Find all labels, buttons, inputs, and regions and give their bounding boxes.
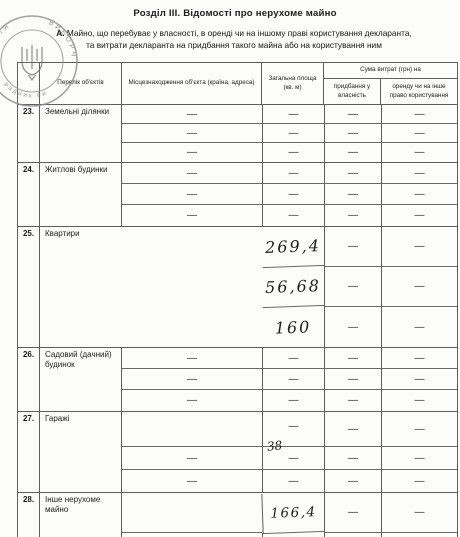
cell-purchase: — bbox=[324, 369, 381, 390]
table-row-28: 28. Інше нерухоме майно 166,4 — — bbox=[17, 493, 458, 537]
cell-location: — bbox=[122, 143, 262, 162]
cell-rent: — bbox=[381, 447, 457, 470]
cell-rent: — bbox=[381, 412, 457, 447]
svg-text:КОМІСІЯ: КОМІСІЯ bbox=[0, 22, 12, 67]
table-row-27: 27. Гаражі — 38 — — — — — — — — — — bbox=[17, 412, 458, 493]
cell-area: — bbox=[262, 390, 324, 411]
cell-location: — bbox=[122, 124, 262, 143]
cell-rent: — bbox=[381, 124, 457, 143]
row-number: 24. bbox=[18, 163, 40, 226]
cell-area: — bbox=[262, 105, 324, 124]
cell-rent: — bbox=[381, 205, 457, 226]
cell-area: — bbox=[262, 470, 324, 492]
cell-purchase: — bbox=[324, 143, 381, 162]
cell-area bbox=[262, 533, 324, 537]
cell-area-handwritten: 166,4 bbox=[261, 492, 324, 534]
table-row-25: 25. Квартири 269,4 — — 56,68 — — 160 — — bbox=[17, 227, 458, 348]
cell-purchase: — bbox=[324, 493, 381, 533]
cell-location: — bbox=[122, 105, 262, 124]
cell-area: — 38 bbox=[262, 412, 324, 447]
header-number-cell bbox=[18, 63, 40, 104]
cell-rent: — bbox=[381, 105, 457, 124]
cell-location bbox=[122, 227, 262, 267]
cell-purchase: — bbox=[324, 124, 381, 143]
row-label: Гаражі bbox=[40, 412, 122, 492]
cell-rent: — bbox=[381, 493, 457, 533]
cell-rent: — bbox=[381, 227, 457, 267]
row-label: Земельні ділянки bbox=[40, 105, 122, 162]
cell-rent: — bbox=[381, 184, 457, 205]
cell-purchase: — bbox=[324, 412, 381, 447]
cell-area: — bbox=[262, 369, 324, 390]
header-location: Місцезнаходження об'єкта (країна, адреса… bbox=[122, 63, 262, 104]
cell-area: — bbox=[262, 184, 324, 205]
cell-rent: — bbox=[381, 470, 457, 492]
cell-location: — bbox=[122, 163, 262, 184]
row-number: 28. bbox=[18, 493, 40, 537]
area-dash: — bbox=[289, 421, 299, 432]
cell-rent: — bbox=[381, 307, 457, 347]
cell-area: — bbox=[262, 205, 324, 226]
row-number: 23. bbox=[18, 105, 40, 162]
property-table: Перелік об'єктів Місцезнаходження об'єкт… bbox=[17, 62, 458, 537]
cell-rent: — bbox=[381, 163, 457, 184]
row-label: Квартири bbox=[40, 227, 122, 347]
cell-rent: — bbox=[381, 267, 457, 307]
row-label: Інше нерухоме майно bbox=[40, 493, 122, 537]
cell-location bbox=[122, 412, 262, 447]
cell-purchase: — bbox=[324, 163, 381, 184]
table-row-26: 26. Садовий (дачний) будинок — — — — — —… bbox=[17, 348, 458, 412]
section-title: Розділ III. Відомості про нерухоме майно bbox=[20, 8, 450, 19]
cell-purchase bbox=[324, 533, 381, 537]
cell-location: — bbox=[122, 447, 262, 470]
cell-location: — bbox=[122, 205, 262, 226]
cell-location bbox=[122, 267, 262, 307]
cell-purchase: — bbox=[324, 205, 381, 226]
header-rent: оренду чи на інше право користування bbox=[381, 79, 457, 104]
subtitle-line2: та витрати декларанта на придбання таког… bbox=[86, 40, 382, 50]
cell-area-handwritten: 269,4 bbox=[261, 226, 324, 268]
table-header: Перелік об'єктів Місцезнаходження об'єкт… bbox=[17, 62, 458, 105]
cell-rent: — bbox=[381, 348, 457, 369]
cell-purchase: — bbox=[324, 447, 381, 470]
cell-location: — bbox=[122, 390, 262, 411]
cell-rent: — bbox=[381, 390, 457, 411]
row-number: 25. bbox=[18, 227, 40, 347]
cell-area-handwritten: 56,68 bbox=[261, 266, 324, 308]
section-subtitle: А. Майно, що перебуває у власності, в ор… bbox=[28, 27, 440, 52]
subtitle-line1: Майно, що перебуває у власності, в оренд… bbox=[67, 28, 412, 38]
header-area: Загальна площа (кв. м) bbox=[262, 63, 324, 104]
header-expenses: Сума витрат (грн) на bbox=[324, 63, 457, 79]
cell-purchase: — bbox=[324, 348, 381, 369]
cell-purchase: — bbox=[324, 470, 381, 492]
cell-area: — bbox=[262, 348, 324, 369]
cell-purchase: — bbox=[324, 390, 381, 411]
area-handwritten-value: 38 bbox=[266, 438, 283, 454]
cell-location: — bbox=[122, 369, 262, 390]
cell-area: — bbox=[262, 124, 324, 143]
cell-rent: — bbox=[381, 369, 457, 390]
cell-location: — bbox=[122, 470, 262, 492]
subtitle-prefix: А. bbox=[56, 28, 64, 38]
cell-area: — bbox=[262, 143, 324, 162]
cell-rent bbox=[381, 533, 457, 537]
cell-location bbox=[122, 533, 262, 537]
row-label: Садовий (дачний) будинок bbox=[40, 348, 122, 411]
cell-location bbox=[122, 307, 262, 347]
row-number: 27. bbox=[18, 412, 40, 492]
header-purchase: придбання у власність bbox=[324, 79, 381, 104]
cell-area: — bbox=[262, 163, 324, 184]
cell-purchase: — bbox=[324, 184, 381, 205]
cell-purchase: — bbox=[324, 267, 381, 307]
header-objects: Перелік об'єктів bbox=[40, 63, 122, 104]
table-row-24: 24. Житлові будинки — — — — — — — — — — … bbox=[17, 163, 458, 227]
cell-location bbox=[122, 493, 262, 533]
cell-area-handwritten: 160 bbox=[261, 306, 324, 348]
cell-purchase: — bbox=[324, 227, 381, 267]
row-number: 26. bbox=[18, 348, 40, 411]
stamp-arc-text-left: КОМІСІЯ bbox=[0, 22, 12, 67]
cell-location: — bbox=[122, 348, 262, 369]
cell-purchase: — bbox=[324, 307, 381, 347]
table-row-23: 23. Земельні ділянки — — — — — — — — — —… bbox=[17, 105, 458, 163]
declaration-page: КОМІСІЯ ВИБОРЧ радних ви Розділ III. Від… bbox=[0, 0, 460, 537]
cell-rent: — bbox=[381, 143, 457, 162]
cell-purchase: — bbox=[324, 105, 381, 124]
cell-location: — bbox=[122, 184, 262, 205]
row-label: Житлові будинки bbox=[40, 163, 122, 226]
